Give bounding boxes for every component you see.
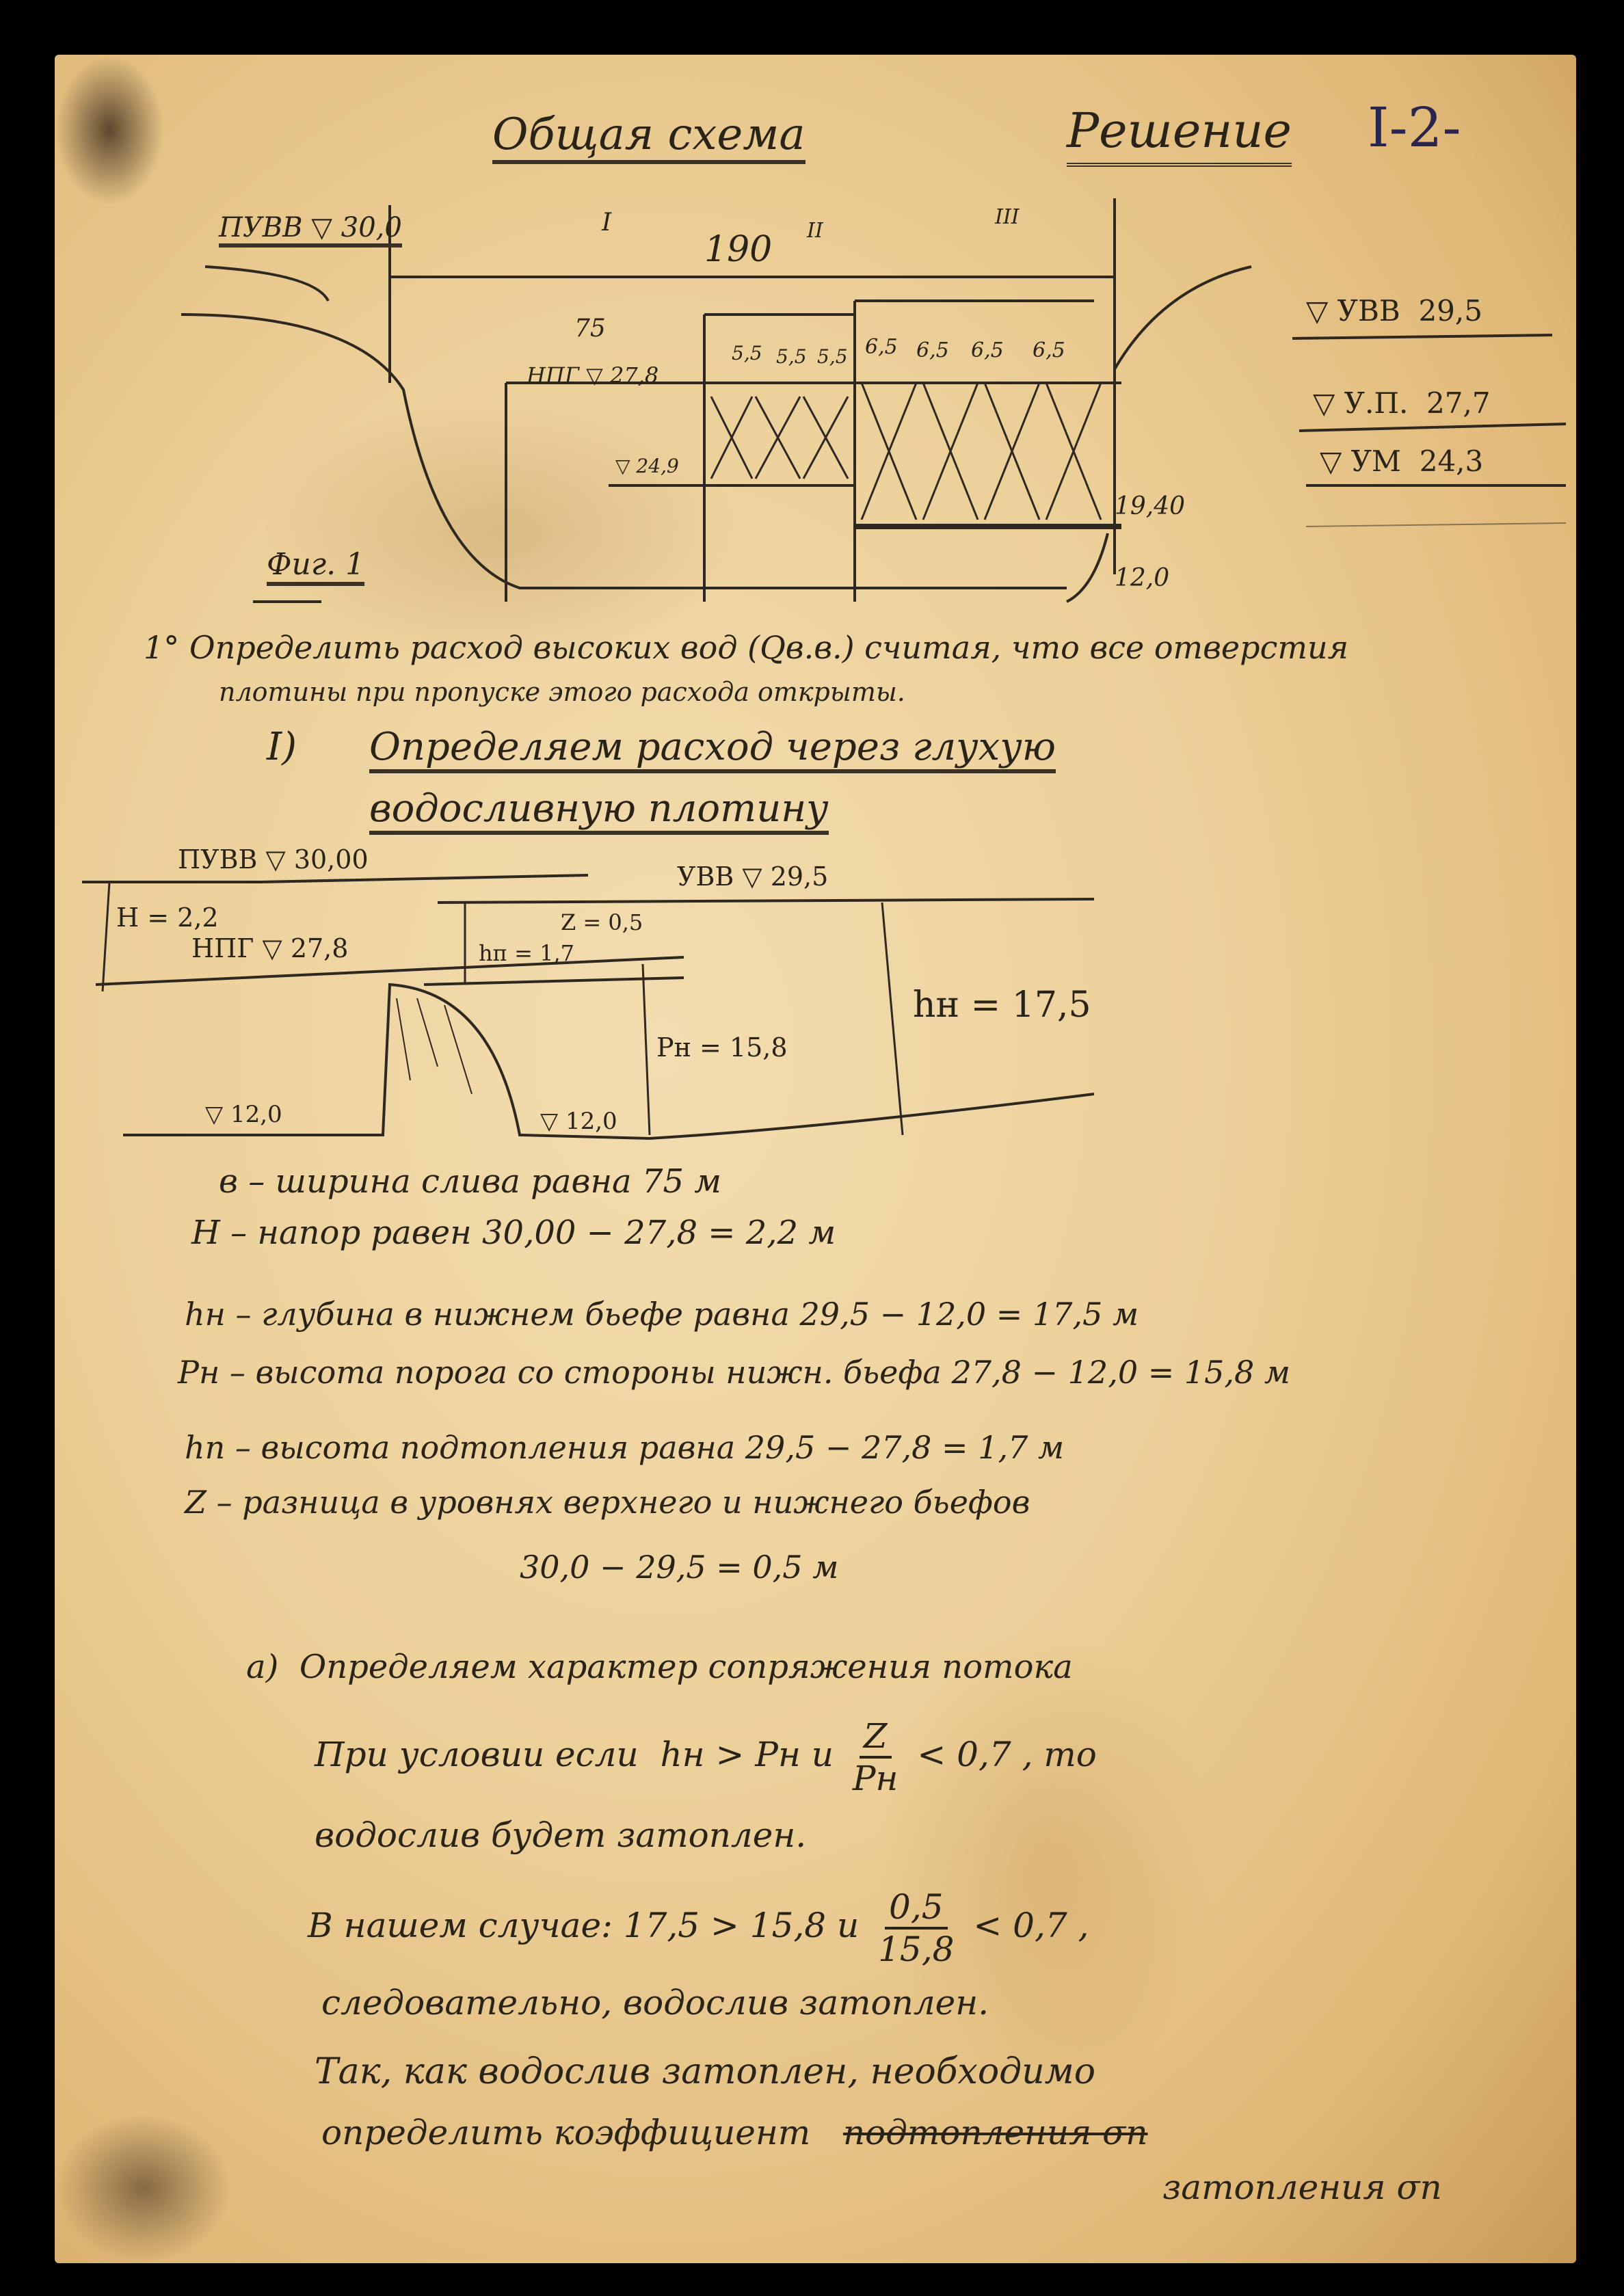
fig1-section-label: III — [995, 205, 1020, 229]
definition-H: H – напор равен 30,00 − 27,8 = 2,2 м — [191, 1214, 836, 1252]
fig2-pn: Pн = 15,8 — [656, 1032, 788, 1063]
fig1-caption: Фиг. 1 — [267, 547, 364, 586]
part-a-final-2: определить коэффициент подтопления σп — [321, 2113, 1148, 2152]
subsection-number: I) — [267, 725, 297, 769]
fig2-bottom-right: ▽ 12,0 — [540, 1108, 617, 1135]
definition-hh: hн – глубина в нижнем бьефе равна 29,5 −… — [185, 1296, 1139, 1333]
fig2-H: H = 2,2 — [116, 903, 219, 933]
fig1-total-width: 190 — [704, 229, 772, 270]
fig2-z: Z = 0,5 — [561, 909, 643, 935]
struck-text: подтопления σп — [843, 2113, 1148, 2152]
fig2-hn: hп = 1,7 — [479, 940, 574, 966]
fig1-bay: 5,5 — [732, 342, 762, 364]
part-a-condition: При условии если hн > Pн и ZPн < 0,7 , т… — [315, 1716, 1097, 1798]
fig1-bay: 5,5 — [817, 345, 848, 368]
fig1-bay: 5,5 — [776, 345, 807, 368]
part-a-our-case: В нашем случае: 17,5 > 15,8 и 0,515,8 < … — [308, 1887, 1089, 1969]
fig1-bottom-level: 12,0 — [1115, 564, 1169, 592]
fig1-section-label: I — [602, 209, 611, 237]
part-a-conclusion: следовательно, водослив затоплен. — [321, 1983, 989, 2023]
definition-z: Z – разница в уровнях верхнего и нижнего… — [185, 1484, 1030, 1521]
fig1-level-1940: 19,40 — [1115, 492, 1185, 520]
fig2-uvv: УВВ ▽ 29,5 — [677, 862, 828, 892]
section1-line2: плотины при пропуске этого расхода откры… — [219, 677, 905, 707]
fig1-npg-label: НПГ ▽ 27,8 — [527, 362, 658, 388]
part-a-final-1: Так, как водослив затоплен, необходимо — [315, 2051, 1095, 2092]
fig1-puvv-label: ПУВВ ▽ 30,0 — [219, 212, 402, 248]
subsection-heading-2: водосливную плотину — [369, 786, 829, 835]
fig2-hh: hн = 17,5 — [913, 985, 1091, 1026]
fig1-bay: 6,5 — [865, 335, 898, 359]
fig1-bay: 6,5 — [971, 338, 1004, 362]
definition-pn: Pн – высота порога со стороны нижн. бьеф… — [178, 1354, 1290, 1391]
legend-uvv: ▽ УВВ 29,5 — [1306, 294, 1482, 328]
legend-um: ▽ УМ 24,3 — [1320, 444, 1483, 478]
part-a-heading: а) Определяем характер сопряжения потока — [246, 1648, 1073, 1686]
fig2-bottom-left: ▽ 12,0 — [205, 1101, 282, 1128]
definition-b: в – ширина слива равна 75 м — [219, 1162, 721, 1201]
part-a-condition-result: водослив будет затоплен. — [315, 1815, 806, 1855]
fig1-bay: 6,5 — [916, 338, 949, 362]
fig1-bay: 6,5 — [1033, 338, 1065, 362]
fig1-section-label: II — [807, 219, 823, 243]
section1-line1: 1° Определить расход высоких вод (Qв.в.)… — [144, 629, 1348, 666]
legend-up: ▽ У.П. 27,7 — [1313, 386, 1491, 420]
fig2-npg: НПГ ▽ 27,8 — [191, 933, 348, 963]
fig2-puvv: ПУВВ ▽ 30,00 — [178, 844, 369, 875]
part-a-final-3: затопления σп — [1162, 2167, 1442, 2207]
fig1-blind-width: 75 — [574, 315, 606, 343]
fig1-level-249: ▽ 24,9 — [615, 455, 679, 477]
definition-hp: hп – высота подтопления равна 29,5 − 27,… — [185, 1429, 1064, 1466]
definition-z-calc: 30,0 − 29,5 = 0,5 м — [520, 1549, 838, 1586]
subsection-heading-1: Определяем расход через глухую — [369, 725, 1056, 773]
